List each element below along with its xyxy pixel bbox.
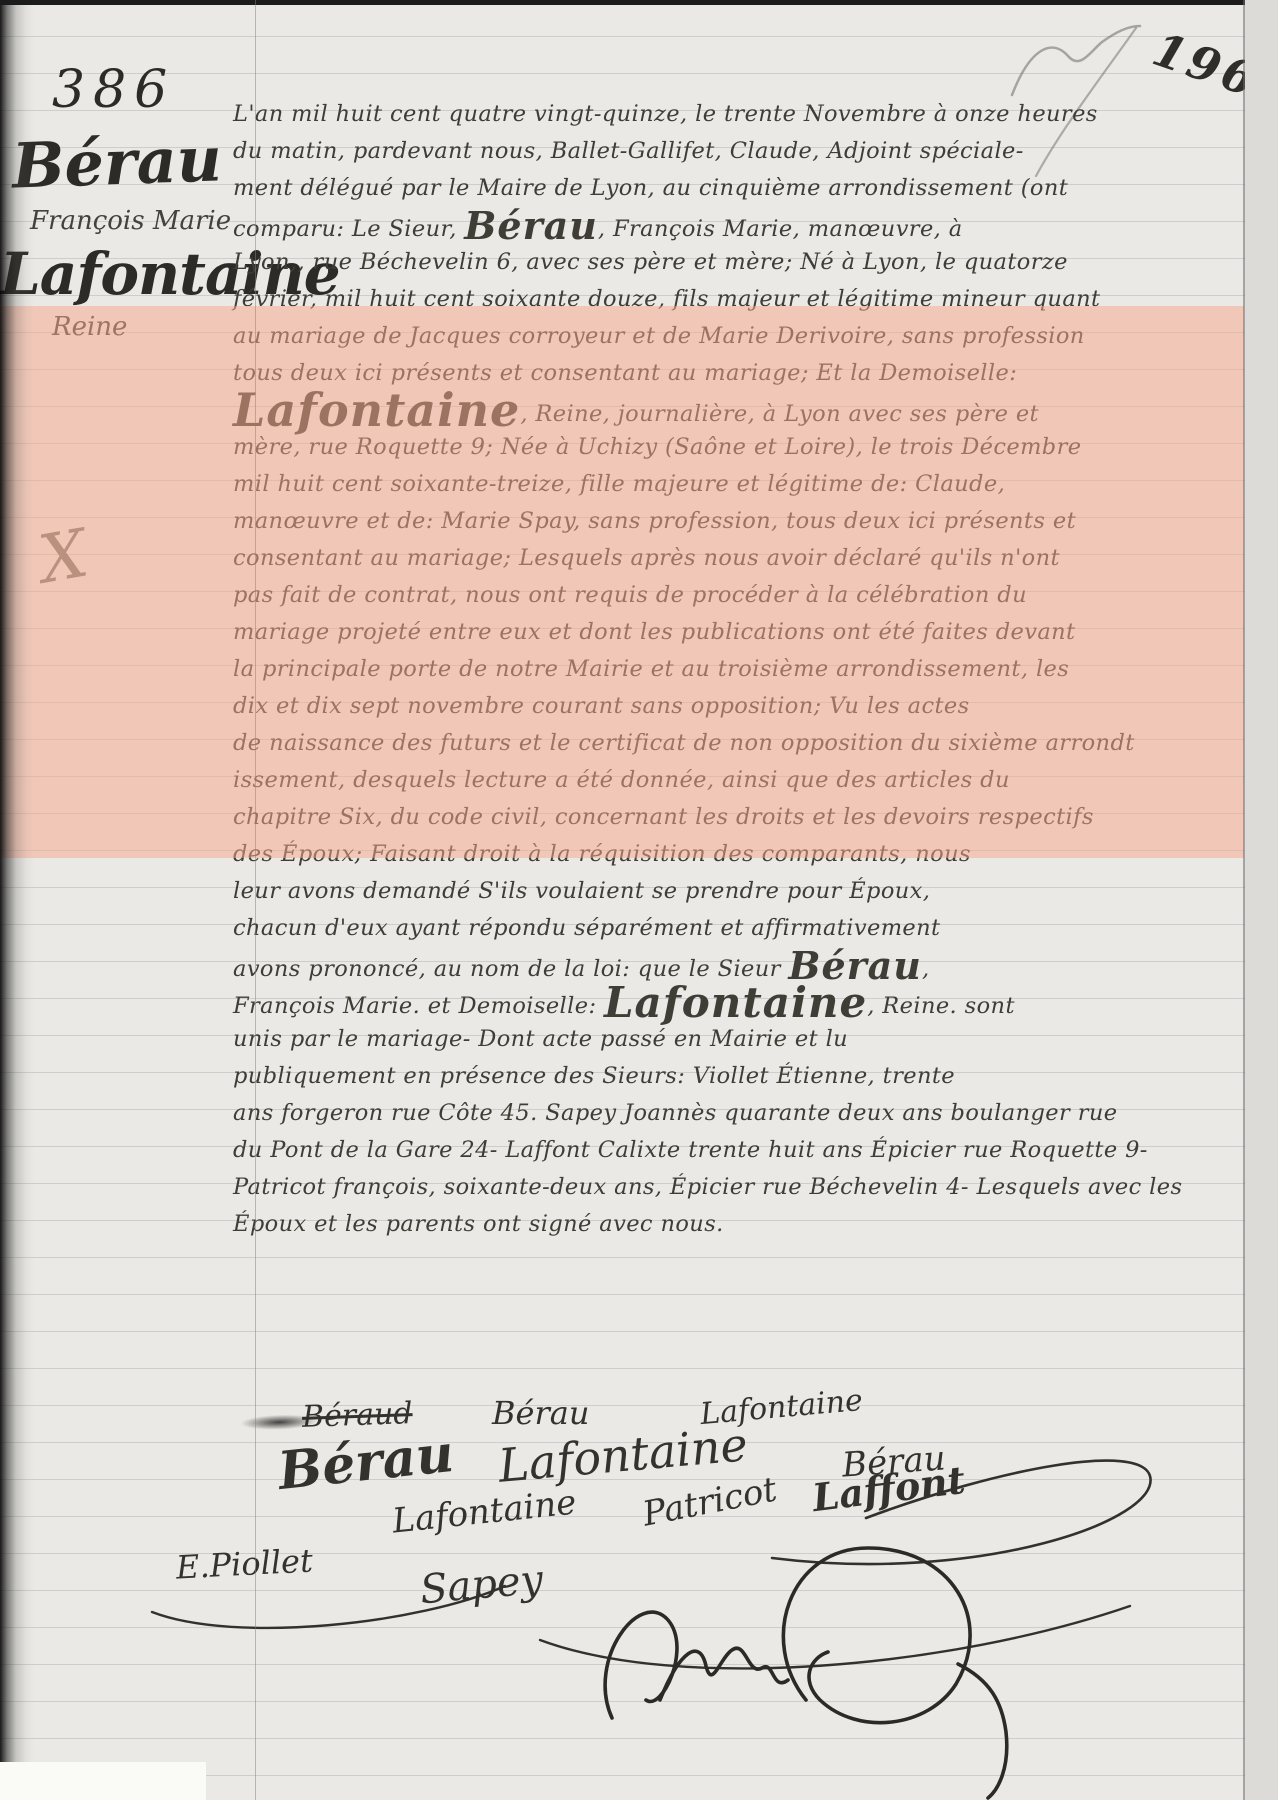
act-line: mère, rue Roquette 9; Née à Uchizy (Saôn… xyxy=(233,429,1241,466)
act-line: Époux et les parents ont signé avec nous… xyxy=(233,1206,1241,1243)
act-line: ment délégué par le Maire de Lyon, au ci… xyxy=(233,170,1241,207)
scan-top-edge xyxy=(0,0,1278,5)
act-line: Lafontaine, Reine, journalière, à Lyon a… xyxy=(233,392,1241,429)
act-line: dix et dix sept novembre courant sans op… xyxy=(233,688,1241,725)
margin-rule-line xyxy=(255,0,256,1800)
groom-surname-margin: Bérau xyxy=(11,122,223,202)
act-line: chapitre Six, du code civil, concernant … xyxy=(233,799,1241,836)
marriage-register-page: 196 386 Bérau François Marie Lafontaine … xyxy=(0,0,1278,1800)
act-line: leur avons demandé S'ils voulaient se pr… xyxy=(233,873,1241,910)
act-line: la principale porte de notre Mairie et a… xyxy=(233,651,1241,688)
signature-laffont: Laffont xyxy=(810,1457,968,1520)
act-line: comparu: Le Sieur, Bérau, François Marie… xyxy=(233,207,1241,244)
margin-x-mark: X xyxy=(34,515,94,599)
act-line: unis par le mariage- Dont acte passé en … xyxy=(233,1021,1241,1058)
act-line: des Époux; Faisant droit à la réquisitio… xyxy=(233,836,1241,873)
act-line: publiquement en présence des Sieurs: Vio… xyxy=(233,1058,1241,1095)
act-line: Lyon,, rue Béchevelin 6, avec ses père e… xyxy=(233,244,1241,281)
act-line: consentant au mariage; Lesquels après no… xyxy=(233,540,1241,577)
signature-sapey: Sapey xyxy=(418,1557,545,1614)
signature-berau-1: Bérau xyxy=(492,1394,589,1432)
right-page-edge xyxy=(1245,0,1278,1800)
act-line: mariage projeté entre eux et dont les pu… xyxy=(233,614,1241,651)
bride-given-names-margin: Reine xyxy=(52,312,127,342)
act-body-text: L'an mil huit cent quatre vingt-quinze, … xyxy=(233,96,1241,1243)
act-line: du matin, pardevant nous, Ballet-Gallife… xyxy=(233,133,1241,170)
signature-lafontaine-2: Lafontaine xyxy=(390,1482,578,1541)
signature-piollet: E.Piollet xyxy=(175,1541,314,1586)
groom-given-names-margin: François Marie xyxy=(30,206,231,236)
signature-patricot: Patricot xyxy=(639,1469,780,1534)
act-line: ans forgeron rue Côte 45. Sapey Joannès … xyxy=(233,1095,1241,1132)
act-line: manœuvre et de: Marie Spay, sans profess… xyxy=(233,503,1241,540)
record-number: 386 xyxy=(52,60,175,120)
act-line: février, mil huit cent soixante douze, f… xyxy=(233,281,1241,318)
act-line: du Pont de la Gare 24- Laffont Calixte t… xyxy=(233,1132,1241,1169)
act-line: L'an mil huit cent quatre vingt-quinze, … xyxy=(233,96,1241,133)
act-line: chacun d'eux ayant répondu séparément et… xyxy=(233,910,1241,947)
act-line: de naissance des futurs et le certificat… xyxy=(233,725,1241,762)
act-line: pas fait de contrat, nous ont requis de … xyxy=(233,577,1241,614)
act-line: François Marie. et Demoiselle: Lafontain… xyxy=(233,984,1241,1021)
act-line: au mariage de Jacques corroyeur et de Ma… xyxy=(233,318,1241,355)
act-line: Patricot françois, soixante-deux ans, Ép… xyxy=(233,1169,1241,1206)
act-line: issement, desquels lecture a été donnée,… xyxy=(233,762,1241,799)
act-line: mil huit cent soixante-treize, fille maj… xyxy=(233,466,1241,503)
scan-bottom-corner xyxy=(0,1762,206,1800)
officer-signature-flourish xyxy=(605,1548,1007,1798)
